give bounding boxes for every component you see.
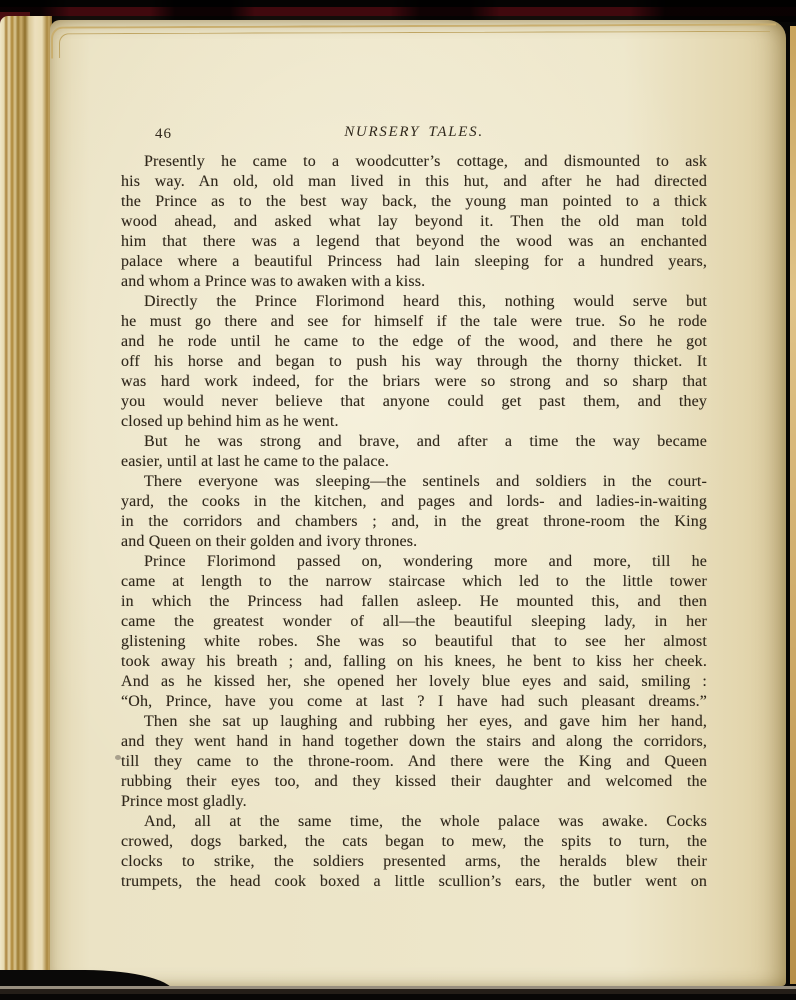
text-line: was hard work indeed, for the briars wer… — [121, 372, 707, 392]
page-content: 46 NURSERY TALES. Presently he came to a… — [121, 122, 707, 892]
paragraph: But he was strong and brave, and after a… — [121, 432, 707, 472]
text-line: clocks to strike, the soldiers presented… — [121, 852, 707, 872]
text-line: And, all at the same time, the whole pal… — [121, 812, 707, 832]
text-line: him that there was a legend that beyond … — [121, 232, 707, 252]
book-cover-top-edge — [0, 0, 796, 22]
page-blemish — [115, 755, 121, 760]
page-edges-sliver-right — [790, 26, 796, 984]
text-line: trumpets, the head cook boxed a little s… — [121, 872, 707, 892]
text-line: and they went hand in hand together down… — [121, 732, 707, 752]
paragraph: And, all at the same time, the whole pal… — [121, 812, 707, 892]
text-line: you would never believe that anyone coul… — [121, 392, 707, 412]
text-line: came at length to the narrow staircase w… — [121, 572, 707, 592]
text-line: Presently he came to a woodcutter’s cott… — [121, 152, 707, 172]
text-line: Directly the Prince Florimond heard this… — [121, 292, 707, 312]
text-line: Prince most gladly. — [121, 792, 707, 812]
under-page-edge — [59, 31, 770, 58]
text-line: in the corridors and chambers ; and, in … — [121, 512, 707, 532]
book-bottom-edge — [0, 986, 796, 1000]
text-line: and whom a Prince was to awaken with a k… — [121, 272, 707, 292]
text-line: his way. An old, old man lived in this h… — [121, 172, 707, 192]
text-line: Prince Florimond passed on, wondering mo… — [121, 552, 707, 572]
running-title: NURSERY TALES. — [121, 124, 707, 141]
text-line: But he was strong and brave, and after a… — [121, 432, 707, 452]
running-head: 46 NURSERY TALES. — [121, 122, 707, 144]
text-line: glistening white robes. She was so beaut… — [121, 632, 707, 652]
page-edges-stack-left — [0, 16, 52, 988]
text-line: palace where a beautiful Princess had la… — [121, 252, 707, 272]
text-line: And as he kissed her, she opened her lov… — [121, 672, 707, 692]
text-line: rubbing their eyes too, and they kissed … — [121, 772, 707, 792]
paragraph: Directly the Prince Florimond heard this… — [121, 292, 707, 432]
text-line: till they came to the throne-room. And t… — [121, 752, 707, 772]
paragraph: Prince Florimond passed on, wondering mo… — [121, 552, 707, 712]
text-line: came the greatest wonder of all—the beau… — [121, 612, 707, 632]
text-line: yard, the cooks in the kitchen, and page… — [121, 492, 707, 512]
paragraph: Then she sat up laughing and rubbing her… — [121, 712, 707, 812]
body-text: Presently he came to a woodcutter’s cott… — [121, 152, 707, 892]
text-line: and Queen on their golden and ivory thro… — [121, 532, 707, 552]
text-line: closed up behind him as he went. — [121, 412, 707, 432]
text-line: in which the Princess had fallen asleep.… — [121, 592, 707, 612]
book-scan: 46 NURSERY TALES. Presently he came to a… — [0, 0, 796, 1000]
paragraph: There everyone was sleeping—the sentinel… — [121, 472, 707, 552]
text-line: and he rode until he came to the edge of… — [121, 332, 707, 352]
text-line: took away his breath ; and, falling on h… — [121, 652, 707, 672]
text-line: There everyone was sleeping—the sentinel… — [121, 472, 707, 492]
text-line: “Oh, Prince, have you come at last ? I h… — [121, 692, 707, 712]
text-line: crowed, dogs barked, the cats began to m… — [121, 832, 707, 852]
text-line: he must go there and see for himself if … — [121, 312, 707, 332]
text-line: wood ahead, and asked what lay beyond it… — [121, 212, 707, 232]
text-line: the Prince as to the best way back, the … — [121, 192, 707, 212]
text-line: off his horse and began to push his way … — [121, 352, 707, 372]
paragraph: Presently he came to a woodcutter’s cott… — [121, 152, 707, 292]
text-line: Then she sat up laughing and rubbing her… — [121, 712, 707, 732]
text-line: easier, until at last he came to the pal… — [121, 452, 707, 472]
book-page: 46 NURSERY TALES. Presently he came to a… — [50, 20, 786, 986]
